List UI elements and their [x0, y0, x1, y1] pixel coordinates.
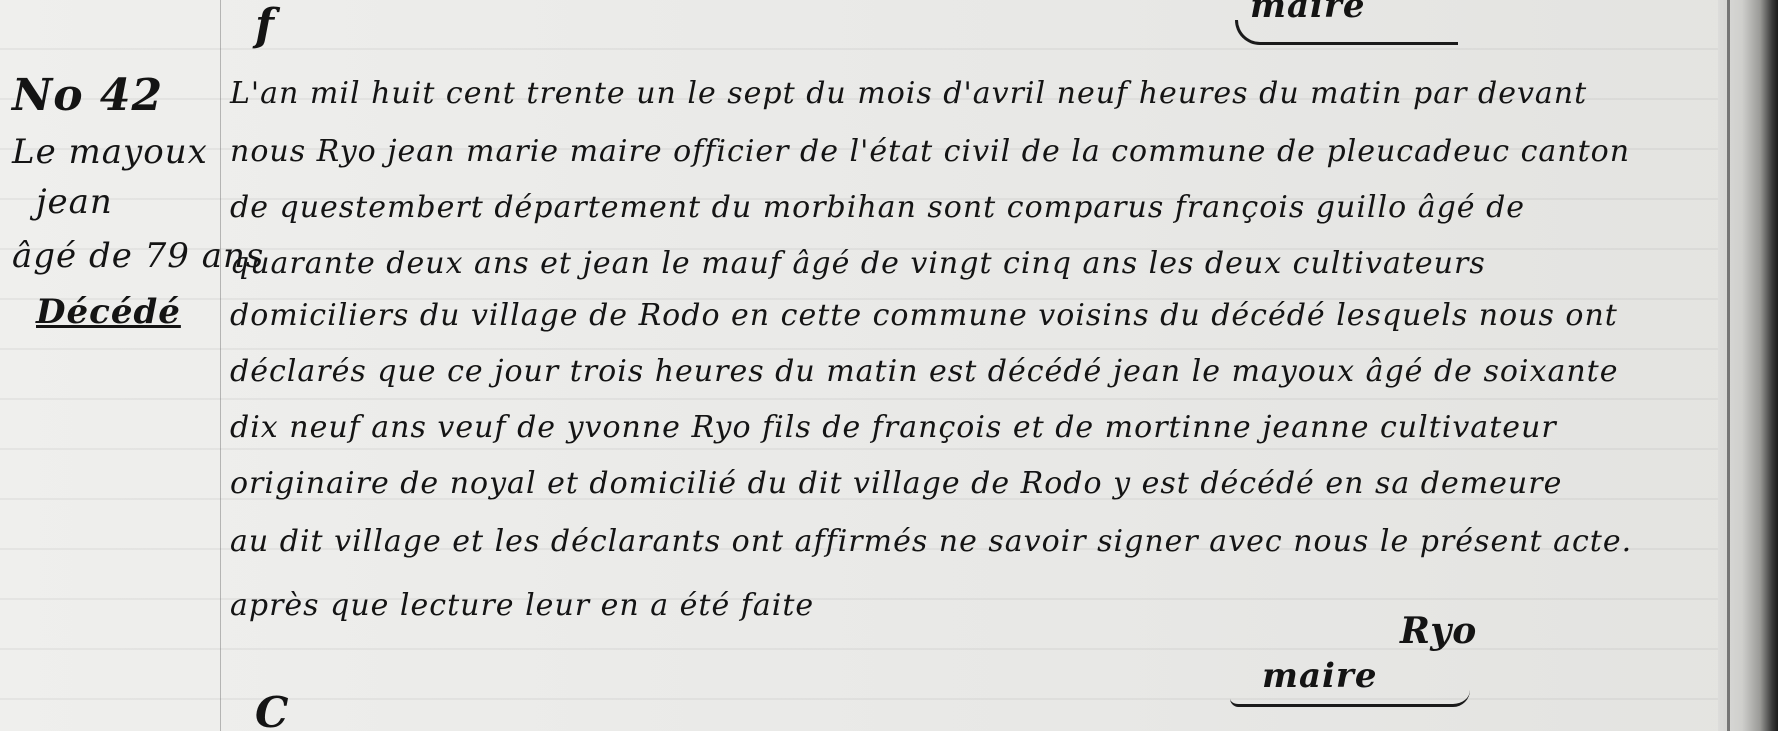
body-line-8: originaire de noyal et domicilié du dit … — [230, 466, 1562, 501]
body-line-2: nous Ryo jean marie maire officier de l'… — [230, 134, 1630, 169]
body-line-5: domiciliers du village de Rodo en cette … — [230, 298, 1618, 333]
bottom-carryover-letter: C — [255, 688, 289, 731]
signature-name: Ryo — [1400, 610, 1477, 652]
body-line-9: au dit village et les déclarants ont aff… — [230, 524, 1632, 559]
entry-number: No 42 — [12, 70, 163, 121]
margin-age: âgé de 79 ans — [12, 236, 264, 276]
margin-rule — [220, 0, 221, 731]
margin-first-name: jean — [36, 182, 113, 222]
register-page: f maire No 42 Le mayoux jean âgé de 79 a… — [0, 0, 1778, 731]
body-line-10: après que lecture leur en a été faite — [230, 588, 814, 623]
binding-line — [1727, 0, 1730, 731]
body-line-6: déclarés que ce jour trois heures du mat… — [230, 354, 1618, 389]
margin-status: Décédé — [36, 292, 181, 332]
body-line-4: quarante deux ans et jean le mauf âgé de… — [230, 246, 1486, 281]
body-line-1: L'an mil huit cent trente un le sept du … — [230, 76, 1587, 111]
signature-flourish-bottom — [1230, 690, 1470, 707]
body-line-7: dix neuf ans veuf de yvonne Ryo fils de … — [230, 410, 1557, 445]
margin-surname: Le mayoux — [12, 132, 208, 172]
top-carryover-letter: f — [255, 0, 275, 51]
body-line-3: de questembert département du morbihan s… — [230, 190, 1525, 225]
signature-flourish — [1235, 20, 1458, 45]
